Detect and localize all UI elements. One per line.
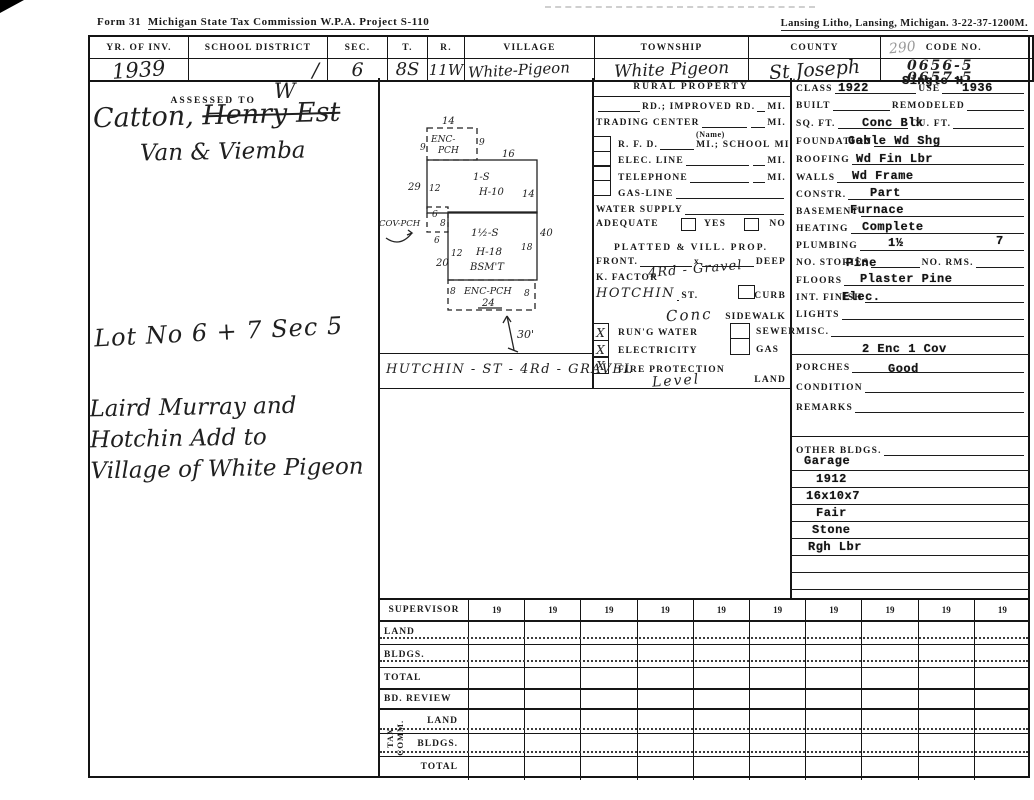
value-cell[interactable] (468, 757, 524, 780)
no-label: NO (769, 219, 786, 229)
value-cell[interactable] (805, 710, 861, 734)
curb-checkbox[interactable] (738, 285, 755, 299)
value-cell[interactable] (918, 757, 974, 780)
rural-checkbox-stack (592, 136, 611, 196)
blank-line (751, 126, 765, 128)
running-water-label: RUN'G WATER (618, 328, 698, 338)
value-cell[interactable] (693, 734, 749, 757)
blank-line (753, 181, 765, 183)
gas-label: GAS (756, 345, 779, 355)
code-number-2: 0657-5 (907, 72, 974, 84)
value-cell[interactable] (468, 690, 524, 710)
value-cell[interactable] (749, 710, 805, 734)
value-cell[interactable] (749, 690, 805, 710)
col-code-no: CODE NO. (926, 43, 982, 53)
sketch-enc-bottom-left: 8 (450, 287, 456, 297)
mi-label: MI. (767, 118, 786, 128)
addition-note-line3: Village of White Pigeon (90, 452, 364, 488)
year-column-header: 19 (974, 600, 1030, 622)
roofing-value: Gable Wd Shg (848, 134, 940, 148)
sketch-lower-bsmt: BSM'T (469, 262, 505, 273)
value-range: 11W (429, 61, 464, 79)
addition-note-line1: Laird Murray and (89, 390, 363, 426)
st-label: ST. (681, 291, 698, 301)
col-r: R. (440, 43, 452, 53)
owner-name-line2: Van & Viemba (140, 138, 306, 167)
year-column-header: 19 (468, 600, 524, 622)
utility-checkbox-stack: X X X (592, 323, 609, 374)
value-town: 8S (396, 59, 420, 80)
blank-line (598, 110, 640, 112)
blank-line (677, 299, 679, 301)
value-section: 6 (351, 59, 363, 81)
basement-value: Part (870, 186, 901, 200)
value-cell[interactable] (637, 710, 693, 734)
header-table: YR. OF INV. SCHOOL DISTRICT SEC. T. R. V… (88, 35, 1034, 82)
other-bldgs-rule (790, 487, 1030, 488)
electricity-check: X (596, 343, 605, 357)
rooms-label: NO. RMS. (922, 258, 974, 268)
mi-label: MI. (767, 102, 786, 112)
leader-dots (380, 751, 1028, 753)
rd-improved-rd-label: RD.; IMPROVED RD. (642, 102, 755, 112)
value-cell[interactable] (693, 668, 749, 690)
plumbing-value: Complete (862, 220, 924, 234)
lights-label: LIGHTS (796, 310, 840, 320)
value-cell[interactable] (861, 645, 917, 668)
value-cell[interactable] (693, 690, 749, 710)
foundation-value: Conc Blk (862, 116, 924, 130)
value-cell[interactable] (918, 645, 974, 668)
blank-line (685, 213, 784, 215)
stories-line (871, 266, 919, 268)
value-cell[interactable] (580, 645, 636, 668)
rural-title: RURAL PROPERTY (592, 82, 790, 92)
running-water-check: X (596, 326, 605, 340)
value-cell[interactable] (805, 734, 861, 757)
sketch-cov-mid: 8 (440, 219, 446, 229)
class-label: CLASS (796, 84, 833, 94)
sketch-cov-label: COV-PCH (379, 219, 421, 229)
col-township: TOWNSHIP (641, 43, 703, 53)
value-cell[interactable] (918, 710, 974, 734)
other-bldgs-rule (790, 470, 1030, 471)
roofing-label: ROOFING (796, 155, 850, 165)
fire-protection-check: X (596, 359, 605, 373)
col-yr-of-inv: YR. OF INV. (106, 43, 171, 53)
value-cell[interactable] (580, 668, 636, 690)
remarks-line (855, 411, 1024, 413)
value-cell[interactable] (524, 734, 580, 757)
sketch-enc-top-left: 9 (420, 143, 426, 153)
gas-line-label: GAS-LINE (618, 189, 674, 199)
value-cell[interactable] (580, 690, 636, 710)
value-cell[interactable] (861, 734, 917, 757)
porches-label: PORCHES (796, 363, 850, 373)
other-bldg-type: Garage (804, 454, 850, 468)
value-cell[interactable] (580, 710, 636, 734)
sketch-setback: 30' (517, 328, 534, 341)
rooms-value: 7 (996, 234, 1004, 248)
int-finish-value: Plaster Pine (860, 272, 952, 286)
scan-smudge (545, 6, 815, 8)
condition-line (865, 391, 1024, 393)
value-cell[interactable] (805, 690, 861, 710)
water-supply-label: WATER SUPPLY (596, 205, 683, 215)
built-line (833, 109, 890, 111)
floors-label: FLOORS (796, 276, 842, 286)
col-school-district: SCHOOL DISTRICT (205, 43, 311, 53)
rural-title-rule (592, 96, 790, 97)
platted-title: PLATTED & VILL. PROP. (592, 243, 790, 253)
bd-review-label: BD. REVIEW (378, 690, 468, 710)
misc-label: MISC. (796, 327, 829, 337)
value-cell[interactable] (974, 710, 1030, 734)
value-cell[interactable] (918, 734, 974, 757)
value-cell[interactable] (974, 690, 1030, 710)
elec-line-label: ELEC. LINE (618, 156, 684, 166)
owner-name-struck: Henry Est (202, 97, 341, 132)
gas-checkbox[interactable] (730, 338, 750, 355)
rfd-school-label: MI.; SCHOOL (696, 140, 770, 150)
value-cell[interactable] (468, 645, 524, 668)
porches-line (852, 371, 1024, 373)
value-cell[interactable] (693, 645, 749, 668)
sketch-cov-top: 6 (432, 210, 438, 220)
form-number: Form 31 (97, 16, 141, 28)
constr-value: Wd Frame (852, 169, 914, 183)
value-cell[interactable] (524, 757, 580, 780)
sidewalk-entry: Conc (666, 305, 713, 325)
leader-dots (380, 637, 1028, 639)
code-pencil-note: 290 (888, 38, 916, 57)
other-bldg-size: 16x10x7 (806, 489, 860, 503)
value-cell[interactable] (637, 668, 693, 690)
value-cell[interactable] (805, 645, 861, 668)
other-bldgs-rule (790, 538, 1030, 539)
leader-dots (380, 660, 1028, 662)
value-cell[interactable] (524, 710, 580, 734)
sketch-main-right: 14 (522, 189, 535, 200)
built-label: BUILT (796, 101, 831, 111)
tax-comm-total-label: TOTAL (378, 757, 468, 780)
adequate-yes-checkbox[interactable] (681, 218, 696, 231)
value-cell[interactable] (693, 710, 749, 734)
value-year-of-inventory: 1939 (111, 56, 166, 84)
value-cell[interactable] (468, 668, 524, 690)
other-bldgs-rule (790, 572, 1030, 573)
curb-label: CURB (754, 291, 786, 301)
value-cell[interactable] (805, 622, 861, 645)
plumbing-label: PLUMBING (796, 241, 858, 251)
rooms-line (976, 266, 1024, 268)
sketch-lower-height: H-18 (475, 246, 502, 258)
sketch-lower-right-out: 40 (539, 228, 553, 239)
remodeled-label: REMODELED (892, 101, 965, 111)
blank-line (690, 181, 749, 183)
condition-value: Good (888, 362, 919, 376)
value-cell[interactable] (974, 757, 1030, 780)
value-cell[interactable] (637, 757, 693, 780)
built-value: 1922 (838, 81, 869, 95)
value-cell[interactable] (749, 734, 805, 757)
value-cell[interactable] (637, 734, 693, 757)
blank-line (660, 148, 694, 150)
addition-note-line2: Hotchin Add to (90, 421, 364, 457)
value-cell[interactable] (749, 622, 805, 645)
rfd-label: R. F. D. (618, 140, 658, 150)
value-cell[interactable] (580, 757, 636, 780)
misc-line (831, 335, 1024, 337)
value-cell[interactable] (861, 668, 917, 690)
rural-property-panel: RURAL PROPERTY RD.; IMPROVED RD. MI. TRA… (592, 78, 790, 390)
remodeled-line (967, 109, 1024, 111)
floors-value: Pine (846, 256, 877, 270)
value-cell[interactable] (580, 622, 636, 645)
heating-label: HEATING (796, 224, 849, 234)
street-line-top (378, 353, 592, 354)
form-title: Michigan State Tax Commission W.P.A. Pro… (148, 16, 430, 30)
trading-center-label: TRADING CENTER (596, 118, 700, 128)
sketch-enc-top-line1: ENC- (430, 135, 455, 145)
sketch-enc-bottom-label: ENC-PCH (463, 286, 512, 297)
value-cell[interactable] (468, 734, 524, 757)
value-cell[interactable] (637, 622, 693, 645)
col-village: VILLAGE (503, 43, 555, 53)
lights-value: Elec. (842, 290, 881, 304)
form-number-title: Form 31 Michigan State Tax Commission W.… (97, 16, 429, 28)
tax-comm-label: TAX COMM. (386, 718, 406, 758)
blank-line (686, 164, 750, 166)
other-bldgs-rule (790, 504, 1030, 505)
value-cell[interactable] (861, 757, 917, 780)
sketch-main-height: H-10 (478, 187, 504, 198)
sketch-lower-left-in: 12 (451, 249, 463, 259)
walls-label: WALLS (796, 173, 835, 183)
blank-line (702, 126, 748, 128)
sidewalk-label: SIDEWALK (725, 312, 786, 322)
street-name-entry: HOTCHIN (596, 286, 675, 301)
sketch-cov-bottom: 6 (434, 236, 440, 246)
electricity-label: ELECTRICITY (618, 346, 698, 356)
value-cell[interactable] (974, 622, 1030, 645)
blank-line (676, 197, 784, 199)
remarks-label: REMARKS (796, 403, 853, 413)
sketch-lower-right-in: 18 (521, 243, 533, 253)
year-column-header: 19 (693, 600, 749, 622)
year-column-header: 19 (580, 600, 636, 622)
electricity-checkbox[interactable]: X (592, 340, 609, 358)
litho-credit: Lansing Litho, Lansing, Michigan. 3-22-3… (781, 18, 1028, 29)
constr-label: CONSTR. (796, 190, 846, 200)
owner-name: Catton, Henry Est (93, 97, 341, 134)
supervisor-total-label: TOTAL (378, 668, 468, 690)
other-bldgs-line (884, 454, 1024, 456)
blank-line (753, 164, 765, 166)
year-column-header: 19 (524, 600, 580, 622)
value-cell[interactable] (861, 690, 917, 710)
col-sec: SEC. (345, 43, 371, 53)
structure-details-panel: CLASS USE BUILT REMODELED SQ. FT. CU. FT… (790, 78, 1030, 598)
value-cell[interactable] (524, 668, 580, 690)
mi-label: MI. (767, 173, 786, 183)
cuft-line (953, 127, 1024, 129)
walls-value: Wd Fin Lbr (856, 152, 933, 166)
other-bldgs-rule (790, 589, 1030, 590)
sketch-main-top: 16 (502, 149, 515, 160)
value-school-district: / (312, 58, 319, 82)
value-cell[interactable] (749, 757, 805, 780)
value-cell[interactable] (974, 734, 1030, 757)
fire-protection-checkbox[interactable]: X (592, 356, 609, 374)
value-cell[interactable] (468, 710, 524, 734)
blank-line (757, 110, 765, 112)
condition-label: CONDITION (796, 383, 863, 393)
gas-line-checkbox[interactable] (592, 180, 611, 196)
value-cell[interactable] (580, 734, 636, 757)
value-cell[interactable] (693, 622, 749, 645)
value-cell[interactable] (524, 645, 580, 668)
other-bldg-material: Stone (812, 523, 851, 537)
sketch-enc-bottom-right: 8 (524, 289, 530, 299)
land-grade-entry: Level (652, 371, 701, 390)
value-cell[interactable] (524, 690, 580, 710)
running-water-checkbox[interactable]: X (592, 323, 609, 341)
value-cell[interactable] (861, 710, 917, 734)
other-bldg-condition: Fair (816, 506, 847, 520)
sketch-lower-left-out: 20 (435, 258, 449, 269)
land-label: LAND (754, 375, 786, 385)
value-cell[interactable] (918, 668, 974, 690)
front-label: FRONT. (596, 257, 638, 267)
value-cell[interactable] (918, 622, 974, 645)
other-bldg-finish: Rgh Lbr (808, 540, 862, 554)
supervisor-land-label: LAND (378, 622, 468, 645)
col-county: COUNTY (790, 43, 838, 53)
year-column-header: 19 (918, 600, 974, 622)
sketch-enc-top-right: 9 (479, 138, 485, 148)
col-t: T. (402, 43, 412, 53)
yes-label: YES (704, 219, 726, 229)
addition-note: Laird Murray and Hotchin Add to Village … (89, 390, 364, 488)
year-column-header: 19 (805, 600, 861, 622)
value-cell[interactable] (974, 645, 1030, 668)
other-bldg-year: 1912 (816, 472, 847, 486)
sqft-label: SQ. FT. (796, 119, 836, 129)
leader-dots (380, 728, 1028, 730)
value-cell[interactable] (805, 757, 861, 780)
sewer-checkbox[interactable] (730, 323, 750, 339)
value-cell[interactable] (468, 622, 524, 645)
value-cell[interactable] (693, 757, 749, 780)
sketch-main-left-out: 29 (407, 182, 421, 193)
adequate-label: ADEQUATE (596, 219, 659, 229)
sketch-enc-top-line2: PCH (437, 146, 459, 156)
supervisor-bldgs-label: BLDGS. (378, 645, 468, 668)
sketch-main-stories: 1-S (473, 172, 490, 183)
porches-value: 2 Enc 1 Cov (862, 342, 947, 356)
adequate-no-checkbox[interactable] (744, 218, 759, 231)
stories-value: 1½ (888, 236, 903, 250)
appraisal-card-scan: Form 31 Michigan State Tax Commission W.… (0, 0, 1034, 800)
mi-label: MI. (767, 156, 786, 166)
section-separator (790, 436, 1030, 437)
telephone-label: TELEPHONE (618, 173, 688, 183)
value-cell[interactable] (637, 645, 693, 668)
deep-label: DEEP (756, 257, 786, 267)
other-bldgs-rule (790, 555, 1030, 556)
sketch-lower-stories: 1½-S (471, 227, 499, 239)
supervisor-header: SUPERVISOR (378, 600, 468, 622)
scan-corner-artifact (0, 0, 24, 13)
sketch-enc-bottom-width: 24 (481, 298, 495, 309)
value-cell[interactable] (918, 690, 974, 710)
value-cell[interactable] (637, 690, 693, 710)
heating-value: Furnace (850, 203, 904, 217)
value-cell[interactable] (749, 645, 805, 668)
building-sketch: 14 ENC- PCH 9 9 16 1-S H-10 29 12 14 6 8… (378, 78, 592, 354)
value-cell[interactable] (749, 668, 805, 690)
sketch-main-left-in: 12 (429, 184, 441, 194)
year-column-header: 19 (861, 600, 917, 622)
sketch-enc-top-width: 14 (442, 116, 455, 127)
year-column-header: 19 (637, 600, 693, 622)
value-cell[interactable] (524, 622, 580, 645)
owner-name-prefix: Catton, (93, 101, 194, 135)
year-column-header: 19 (749, 600, 805, 622)
value-cell[interactable] (861, 622, 917, 645)
value-cell[interactable] (805, 668, 861, 690)
other-bldgs-rule (790, 521, 1030, 522)
value-cell[interactable] (974, 668, 1030, 690)
